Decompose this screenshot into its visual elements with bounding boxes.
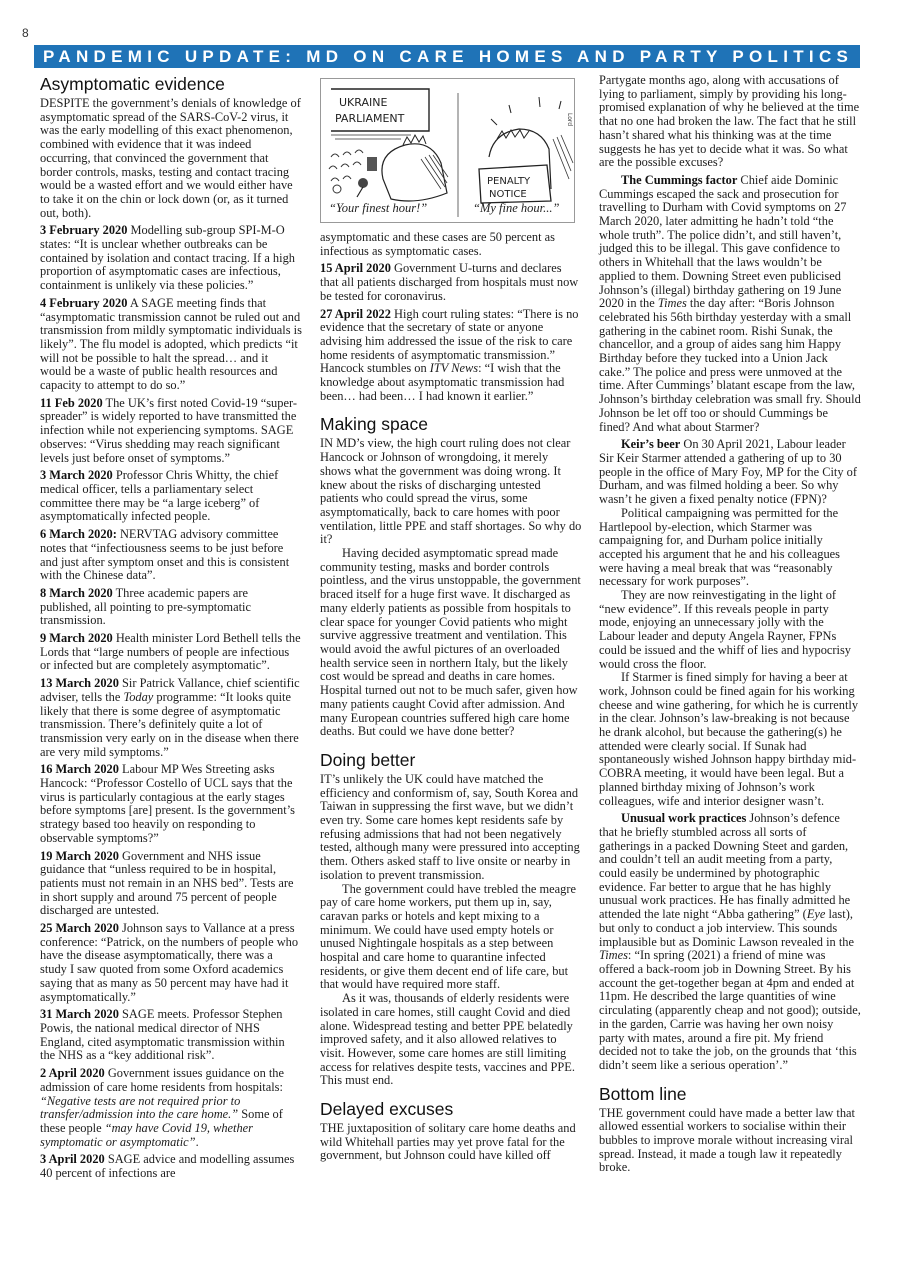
timeline-entry: 15 April 2020 Government U-turns and dec… xyxy=(320,262,582,303)
heading-doing-better: Doing better xyxy=(320,750,582,771)
body-paragraph: IN MD’s view, the high court ruling does… xyxy=(320,437,582,547)
timeline-entry: 9 March 2020 Health minister Lord Bethel… xyxy=(40,632,302,673)
timeline-entry: 6 March 2020: NERVTAG advisory committee… xyxy=(40,528,302,583)
body-paragraph: Political campaigning was permitted for … xyxy=(599,507,861,589)
body-paragraph: IT’s unlikely the UK could have matched … xyxy=(320,773,582,883)
cummings-paragraph: The Cummings factor Chief aide Dominic C… xyxy=(599,174,861,434)
body-paragraph: If Starmer is fined simply for having a … xyxy=(599,671,861,808)
timeline-entry: 11 Feb 2020 The UK’s first noted Covid-1… xyxy=(40,397,302,466)
body-paragraph: They are now reinvestigating in the ligh… xyxy=(599,589,861,671)
heading-asymptomatic-evidence: Asymptomatic evidence xyxy=(40,74,302,95)
intro-paragraph: DESPITE the government’s denials of know… xyxy=(40,97,302,220)
body-paragraph: THE juxtaposition of solitary care home … xyxy=(320,1122,582,1163)
body-paragraph: The government could have trebled the me… xyxy=(320,883,582,993)
timeline-entry: 19 March 2020 Government and NHS issue g… xyxy=(40,850,302,919)
page-number: 8 xyxy=(22,26,29,40)
timeline-entry: 3 April 2020 SAGE advice and modelling a… xyxy=(40,1153,302,1180)
svg-text:Lord: Lord xyxy=(566,113,573,126)
cartoon-caption-left: “Your finest hour!” xyxy=(329,201,427,216)
unusual-work-paragraph: Unusual work practices Johnson’s defence… xyxy=(599,812,861,1072)
timeline-entry: 25 March 2020 Johnson says to Vallance a… xyxy=(40,922,302,1004)
cartoon-caption-right: “My fine hour...” xyxy=(473,201,559,216)
svg-text:PENALTY: PENALTY xyxy=(487,176,531,187)
timeline-entry: 4 February 2020 A SAGE meeting finds tha… xyxy=(40,297,302,393)
heading-bottom-line: Bottom line xyxy=(599,1084,861,1105)
column-3: Partygate months ago, along with accusat… xyxy=(599,74,861,1175)
cartoon: UKRAINE PARLIAMENT xyxy=(320,78,575,223)
timeline-entry: 3 March 2020 Professor Chris Whitty, the… xyxy=(40,469,302,524)
heading-delayed-excuses: Delayed excuses xyxy=(320,1099,582,1120)
svg-text:UKRAINE: UKRAINE xyxy=(339,96,387,109)
section-banner: PANDEMIC UPDATE: MD ON CARE HOMES AND PA… xyxy=(34,45,860,68)
column-1: Asymptomatic evidence DESPITE the govern… xyxy=(40,74,302,1185)
timeline-entry: 2 April 2020 Government issues guidance … xyxy=(40,1067,302,1149)
svg-text:PARLIAMENT: PARLIAMENT xyxy=(335,112,405,125)
svg-text:NOTICE: NOTICE xyxy=(489,189,527,200)
body-paragraph: Having decided asymptomatic spread made … xyxy=(320,547,582,739)
heading-making-space: Making space xyxy=(320,414,582,435)
timeline-entry: 8 March 2020 Three academic papers are p… xyxy=(40,587,302,628)
column-2: UKRAINE PARLIAMENT xyxy=(320,74,582,1163)
timeline-entry: 16 March 2020 Labour MP Wes Streeting as… xyxy=(40,763,302,845)
timeline-entry: 27 April 2022 High court ruling states: … xyxy=(320,308,582,404)
body-paragraph: THE government could have made a better … xyxy=(599,1107,861,1176)
timeline-entry: 3 February 2020 Modelling sub-group SPI-… xyxy=(40,224,302,293)
body-paragraph: As it was, thousands of elderly resident… xyxy=(320,992,582,1088)
continuation-paragraph: asymptomatic and these cases are 50 perc… xyxy=(320,231,582,258)
keirs-beer-paragraph: Keir’s beer On 30 April 2021, Labour lea… xyxy=(599,438,861,507)
timeline-entry: 31 March 2020 SAGE meets. Professor Step… xyxy=(40,1008,302,1063)
continuation-paragraph: Partygate months ago, along with accusat… xyxy=(599,74,861,170)
timeline-entry: 13 March 2020 Sir Patrick Vallance, chie… xyxy=(40,677,302,759)
